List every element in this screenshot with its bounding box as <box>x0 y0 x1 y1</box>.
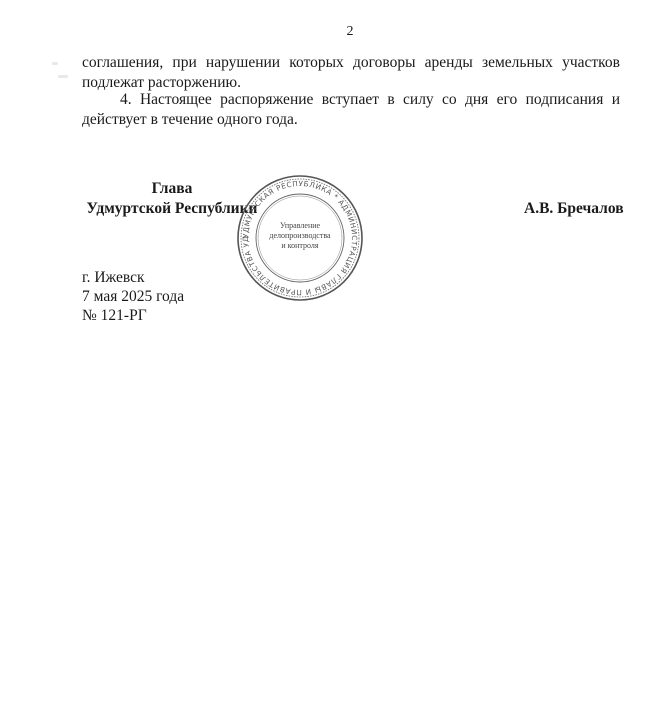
issuance-details: г. Ижевск 7 мая 2025 года № 121-РГ <box>82 268 184 325</box>
stamp-center-text: Управление делопроизводства и контроля <box>258 221 342 251</box>
document-number: № 121-РГ <box>82 306 184 325</box>
position-region: Удмуртской Республики <box>82 199 262 219</box>
issuance-city: г. Ижевск <box>82 268 184 287</box>
stamp-line: Управление <box>258 221 342 231</box>
position-title: Глава <box>82 179 262 199</box>
signatory-name: А.В. Бречалов <box>524 199 624 219</box>
issuance-date: 7 мая 2025 года <box>82 287 184 306</box>
stamp-line: делопроизводства <box>258 231 342 241</box>
paragraph-4: 4. Настоящее распоряжение вступает в сил… <box>82 90 620 130</box>
paragraph-line: соглашения, при нарушении которых догово… <box>82 53 620 73</box>
stamp-line: и контроля <box>258 241 342 251</box>
official-stamp: УДМУРТСКАЯ РЕСПУБЛИКА * АДМИНИСТРАЦИЯ ГЛ… <box>236 174 364 302</box>
signatory-position: Глава Удмуртской Республики <box>82 179 262 219</box>
paragraph-line: действует в течение одного года. <box>82 110 620 130</box>
paragraph-line: 4. Настоящее распоряжение вступает в сил… <box>82 90 620 110</box>
scan-artifact <box>58 75 68 78</box>
scan-artifact <box>52 62 58 65</box>
paragraph-continuation: соглашения, при нарушении которых догово… <box>82 53 620 93</box>
page-number: 2 <box>0 24 651 40</box>
